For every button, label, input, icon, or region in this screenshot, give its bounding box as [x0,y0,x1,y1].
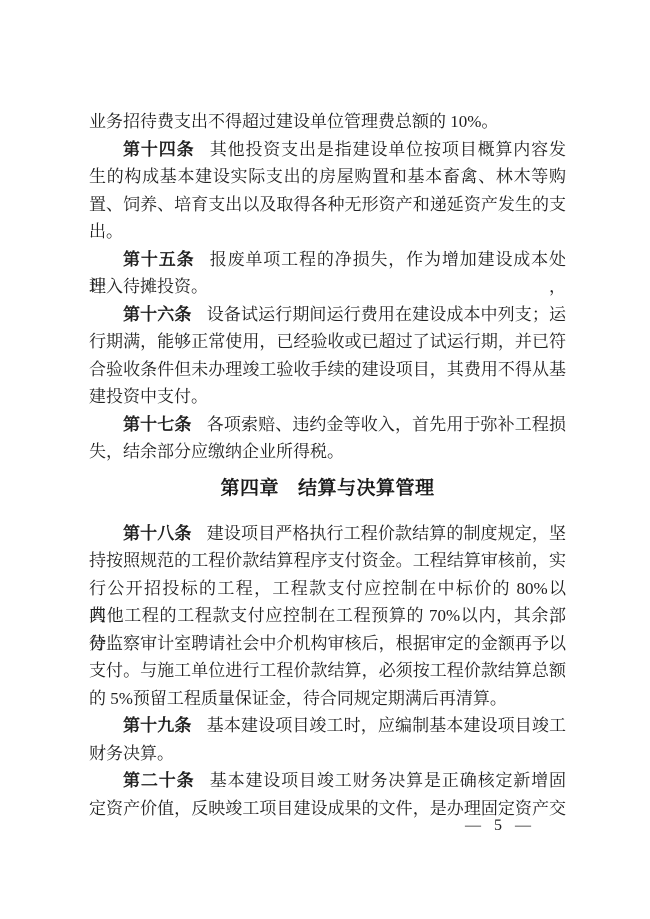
line-text: 失，结余部分应缴纳企业所得税。 [89,442,344,461]
body-text-line: 生的构成基本建设实际支出的房屋购置和基本畜禽、林木等购 [89,163,566,191]
line-text: 基本建设项目竣工财务决算是正确核定新增固 [210,771,566,790]
body-text-line: 待监察审计室聘请社会中介机构审核后，根据审定的金额再予以 [89,630,566,658]
article-number: 第二十条 [123,771,194,790]
body-text-line: 其他工程的工程款支付应控制在工程预算的 70%以内，其余部分 [89,602,566,630]
article-number: 第十八条 [123,524,191,543]
line-text: 业务招待费支出不得超过建设单位管理费总额的 10%。 [89,112,498,131]
article-number: 第十四条 [123,140,194,159]
body-text-line: 第十五条报废单项工程的净损失，作为增加建设成本处理， [89,246,566,274]
line-text: 支付。与施工单位进行工程价款结算，必须按工程价款结算总额 [89,661,566,680]
page-number: 5 [494,817,503,834]
body-text-line: 持按照规范的工程价款结算程序支付资金。工程结算审核前，实 [89,547,566,575]
line-text: 合验收条件但未办理竣工验收手续的建设项目，其费用不得从基 [89,360,566,379]
chapter-title: 结算与决算管理 [298,478,435,499]
line-text: 生的构成基本建设实际支出的房屋购置和基本畜禽、林木等购 [89,167,566,186]
line-text: 设备试运行期间运行费用在建设成本中列支；运 [207,305,566,324]
article-number: 第十六条 [123,305,191,324]
line-text: 行期满，能够正常使用，已经验收或已超过了试运行期，并已符 [89,332,566,351]
line-text: 计入待摊投资。 [89,277,208,296]
line-text: 的 5%预留工程质量保证金，待合同规定期满后再清算。 [89,689,507,708]
line-text: 待监察审计室聘请社会中介机构审核后，根据审定的金额再予以 [89,634,566,653]
line-text: 置、饲养、培育支出以及取得各种无形资产和递延资产发生的支 [89,195,566,214]
body-text-line: 第十六条设备试运行期间运行费用在建设成本中列支；运 [89,301,566,329]
document-page: 业务招待费支出不得超过建设单位管理费总额的 10%。 第十四条其他投资支出是指建… [0,0,650,919]
body-text-line: 行公开招投标的工程，工程款支付应控制在中标价的 80%以内， [89,575,566,603]
line-text: 出。 [89,222,123,241]
body-text-line: 第二十条基本建设项目竣工财务决算是正确核定新增固 [89,767,566,795]
document-body: 业务招待费支出不得超过建设单位管理费总额的 10%。 第十四条其他投资支出是指建… [89,108,566,822]
body-text-line: 第十四条其他投资支出是指建设单位按项目概算内容发 [89,136,566,164]
body-text-line: 第十九条基本建设项目竣工时，应编制基本建设项目竣工 [89,712,566,740]
body-text-line: 合验收条件但未办理竣工验收手续的建设项目，其费用不得从基 [89,356,566,384]
footer-dash-left: — [465,817,482,834]
line-text: 财务决算。 [89,744,174,763]
article-number: 第十九条 [123,716,191,735]
page-footer: —5— [459,817,538,835]
body-text-line: 置、饲养、培育支出以及取得各种无形资产和递延资产发生的支 [89,191,566,219]
chapter-heading: 第四章结算与决算管理 [89,475,566,503]
body-text-line: 出。 [89,218,566,246]
article-number: 第十七条 [123,415,191,434]
body-text-line: 行期满，能够正常使用，已经验收或已超过了试运行期，并已符 [89,328,566,356]
line-text: 建设项目严格执行工程价款结算的制度规定，坚 [207,524,566,543]
body-text-line: 失，结余部分应缴纳企业所得税。 [89,438,566,466]
body-text-line: 支付。与施工单位进行工程价款结算，必须按工程价款结算总额 [89,657,566,685]
body-text-line: 财务决算。 [89,740,566,768]
line-text: 建投资中支付。 [89,387,208,406]
body-text-line: 建投资中支付。 [89,383,566,411]
line-text: 各项索赔、违约金等收入，首先用于弥补工程损 [207,415,566,434]
body-text-line: 第十七条各项索赔、违约金等收入，首先用于弥补工程损 [89,411,566,439]
body-text-line: 的 5%预留工程质量保证金，待合同规定期满后再清算。 [89,685,566,713]
body-text-line: 业务招待费支出不得超过建设单位管理费总额的 10%。 [89,108,566,136]
article-number: 第十五条 [123,250,194,269]
line-text: 定资产价值，反映竣工项目建设成果的文件，是办理固定资产交 [89,799,566,818]
line-text: 持按照规范的工程价款结算程序支付资金。工程结算审核前，实 [89,551,566,570]
footer-dash-right: — [515,817,532,834]
body-text-line: 第十八条建设项目严格执行工程价款结算的制度规定，坚 [89,520,566,548]
line-text: 其他投资支出是指建设单位按项目概算内容发 [210,140,566,159]
chapter-number: 第四章 [220,478,279,499]
line-text: 基本建设项目竣工时，应编制基本建设项目竣工 [207,716,566,735]
